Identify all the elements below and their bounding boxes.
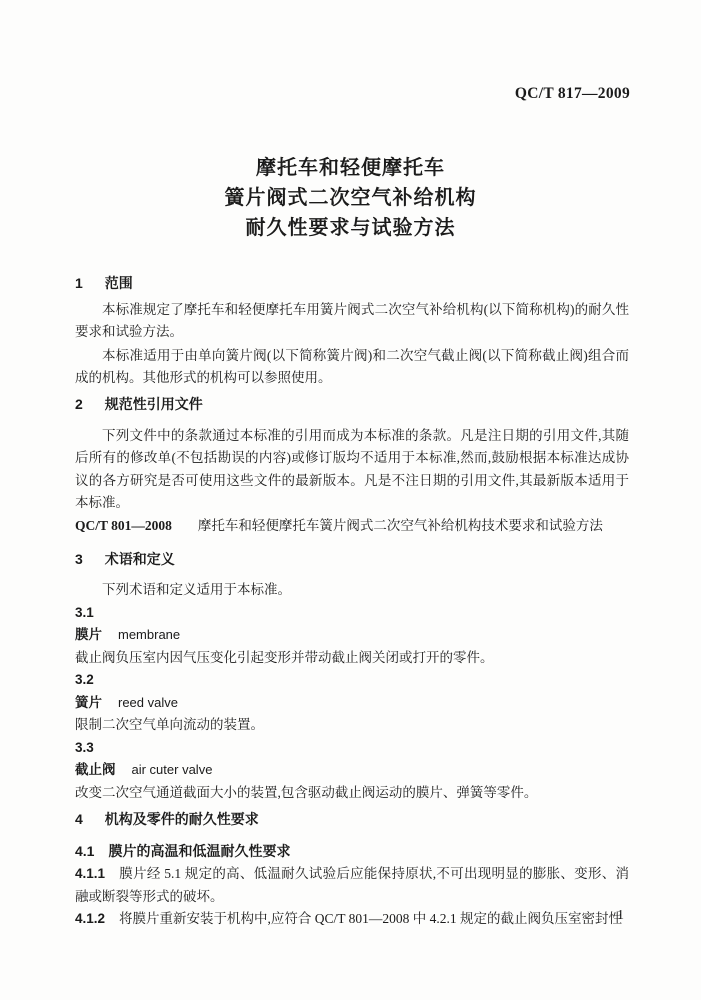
section-1-title: 范围 [105,275,133,291]
subsection-4-1-number: 4.1 [75,840,94,863]
term-3-2-english: reed valve [118,695,178,710]
term-3-1-english: membrane [118,627,180,642]
normative-reference-entry: QC/T 801—2008摩托车和轻便摩托车簧片阀式二次空气补给机构技术要求和试… [75,515,629,538]
term-definition-block: 3.1 膜片membrane 截止阀负压室内因气压变化引起变形并带动截止阀关闭或… [75,602,629,670]
subsection-4-1-heading: 4.1膜片的高温和低温耐久性要求 [75,840,629,863]
term-3-1-number: 3.1 [75,602,629,625]
section-4-heading: 4机构及零件的耐久性要求 [75,808,629,831]
term-3-2-number: 3.2 [75,669,629,692]
clause-4-1-1-number: 4.1.1 [75,866,105,881]
section-3-number: 3 [75,548,83,571]
section-2-heading: 2规范性引用文件 [75,393,629,416]
term-3-3-chinese: 截止阀 [75,762,116,777]
term-3-2-definition: 限制二次空气单向流动的装置。 [75,714,629,737]
section-2-title: 规范性引用文件 [105,396,203,412]
term-3-3-english: air cuter valve [132,762,213,777]
term-3-3-definition: 改变二次空气通道截面大小的装置,包含驱动截止阀运动的膜片、弹簧等零件。 [75,782,629,805]
section-3-intro: 下列术语和定义适用于本标准。 [75,579,629,602]
title-line-3: 耐久性要求与试验方法 [0,213,701,243]
reference-code: QC/T 801—2008 [75,518,172,533]
subsection-4-1-title: 膜片的高温和低温耐久性要求 [108,843,290,859]
section-4-title: 机构及零件的耐久性要求 [105,811,259,827]
term-3-1-definition: 截止阀负压室内因气压变化引起变形并带动截止阀关闭或打开的零件。 [75,647,629,670]
term-definition-block: 3.3 截止阀air cuter valve 改变二次空气通道截面大小的装置,包… [75,737,629,805]
section-3-title: 术语和定义 [105,551,175,567]
page-number: 1 [617,908,624,924]
section-1-heading: 1范围 [75,272,629,295]
section-1-number: 1 [75,272,83,295]
clause-4-1-1-text: 膜片经 5.1 规定的高、低温耐久试验后应能保持原状,不可出现明显的膨胀、变形、… [75,866,629,904]
section-1-paragraph-2: 本标准适用于由单向簧片阀(以下简称簧片阀)和二次空气截止阀(以下简称截止阀)组合… [75,345,629,390]
standard-number: QC/T 817—2009 [515,85,630,103]
title-line-2: 簧片阀式二次空气补给机构 [0,183,701,213]
reference-title: 摩托车和轻便摩托车簧片阀式二次空气补给机构技术要求和试验方法 [198,518,603,533]
section-2-paragraph-1: 下列文件中的条款通过本标准的引用而成为本标准的条款。凡是注日期的引用文件,其随后… [75,425,629,515]
section-3-heading: 3术语和定义 [75,548,629,571]
section-4-number: 4 [75,808,83,831]
term-3-3-line: 截止阀air cuter valve [75,759,629,782]
clause-4-1-1: 4.1.1膜片经 5.1 规定的高、低温耐久试验后应能保持原状,不可出现明显的膨… [75,863,629,908]
clause-4-1-2: 4.1.2将膜片重新安装于机构中,应符合 QC/T 801—2008 中 4.2… [75,908,629,931]
term-3-2-chinese: 簧片 [75,695,102,710]
document-page: QC/T 817—2009 摩托车和轻便摩托车 簧片阀式二次空气补给机构 耐久性… [0,0,701,1000]
document-title: 摩托车和轻便摩托车 簧片阀式二次空气补给机构 耐久性要求与试验方法 [0,153,701,243]
title-line-1: 摩托车和轻便摩托车 [0,153,701,183]
term-3-3-number: 3.3 [75,737,629,760]
section-2-number: 2 [75,393,83,416]
term-definition-block: 3.2 簧片reed valve 限制二次空气单向流动的装置。 [75,669,629,737]
clause-4-1-2-text: 将膜片重新安装于机构中,应符合 QC/T 801—2008 中 4.2.1 规定… [119,911,622,926]
term-3-2-line: 簧片reed valve [75,692,629,715]
term-3-1-line: 膜片membrane [75,624,629,647]
term-3-1-chinese: 膜片 [75,627,102,642]
clause-4-1-2-number: 4.1.2 [75,911,105,926]
document-body: 1范围 本标准规定了摩托车和轻便摩托车用簧片阀式二次空气补给机构(以下简称机构)… [75,270,629,931]
section-1-paragraph-1: 本标准规定了摩托车和轻便摩托车用簧片阀式二次空气补给机构(以下简称机构)的耐久性… [75,299,629,344]
